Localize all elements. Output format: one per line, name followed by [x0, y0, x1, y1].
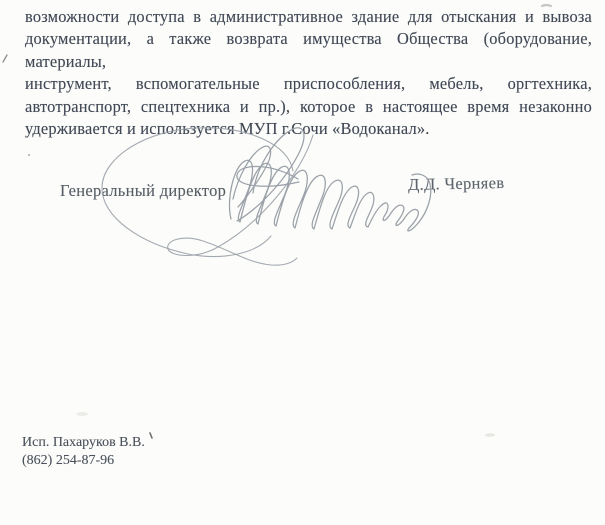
scanned-letter-page: возможности доступа в административное з… [0, 0, 605, 525]
paragraph-line: автотранспорт, спецтехника и пр.), котор… [25, 96, 592, 118]
signer-role-label: Генеральный директор [60, 181, 226, 201]
executor-block: Исп. Пахаруков В.В. (862) 254-87-96 [22, 434, 145, 470]
executor-name: Исп. Пахаруков В.В. [22, 434, 145, 452]
body-paragraph: возможности доступа в административное з… [25, 6, 592, 140]
paragraph-line: возможности доступа в административное з… [25, 6, 592, 28]
paragraph-line: документации, а также возврата имущества… [25, 28, 592, 73]
executor-phone: (862) 254-87-96 [22, 452, 145, 470]
paragraph-line: удерживается и используется МУП г.Сочи «… [25, 118, 592, 140]
signer-name: Д.Д. Черняев [408, 173, 505, 195]
paragraph-line: инструмент, вспомогательные приспособлен… [25, 73, 592, 95]
